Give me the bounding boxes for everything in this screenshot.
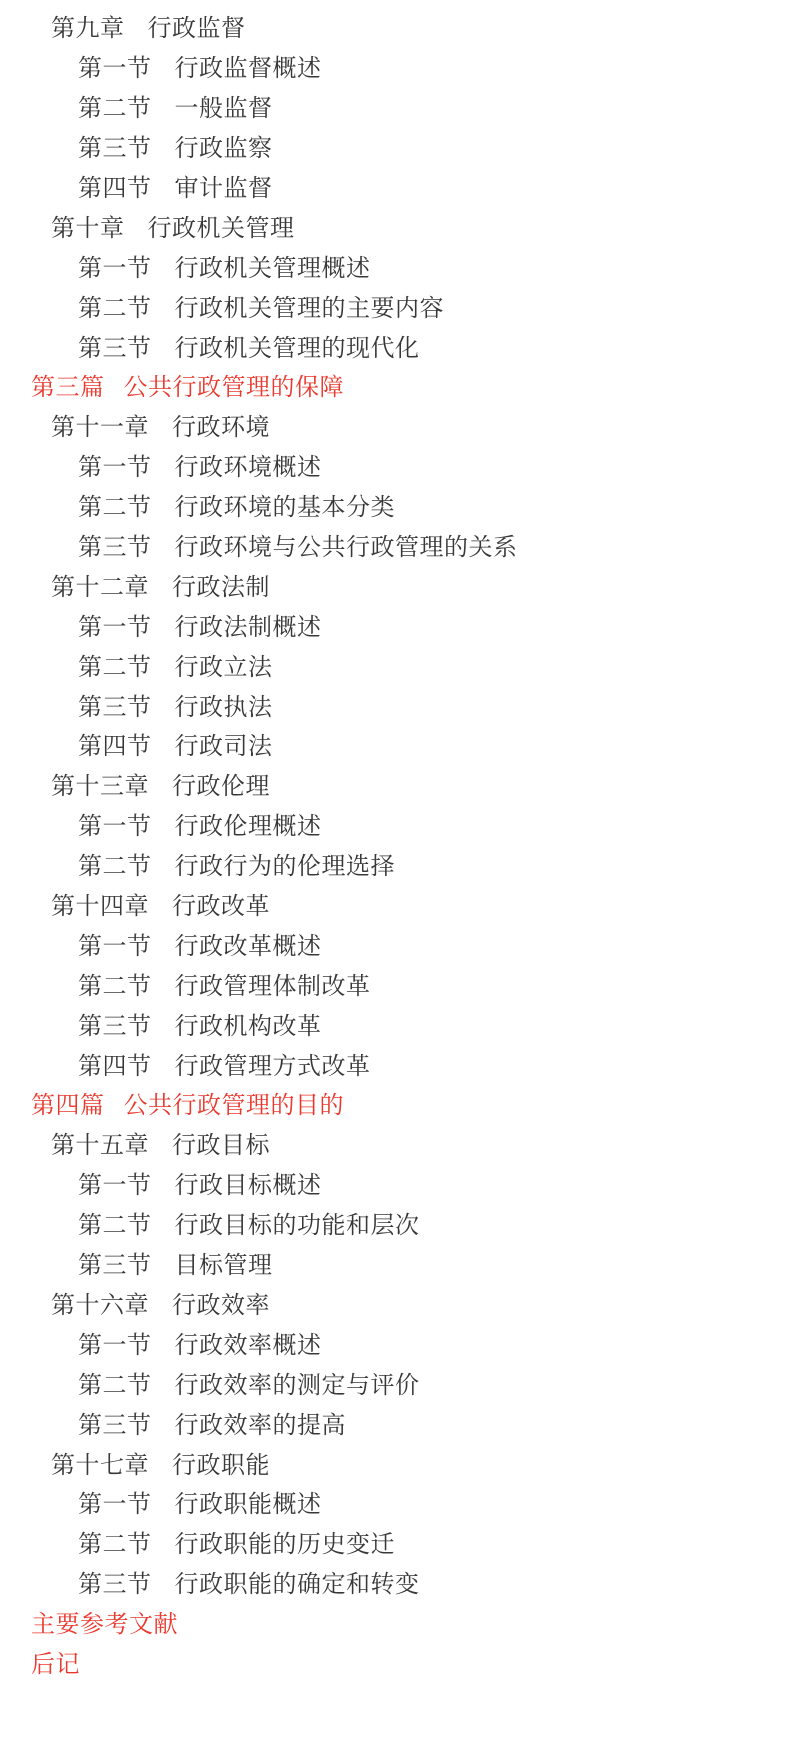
toc-entry-label: 第一节 [78,1484,152,1519]
toc-entry-section[interactable]: 第三节 行政效率的提高 [0,1402,790,1442]
toc-entry-label: 第一节 [78,48,152,83]
toc-entry-label: 第十三章 [51,766,149,801]
toc-entry-title: 行政环境概述 [175,447,322,482]
toc-entry-title: 行政效率的测定与评价 [175,1365,420,1400]
toc-entry-label: 第十五章 [51,1125,149,1160]
toc-entry-section[interactable]: 第四节 行政司法 [0,724,790,764]
toc-entry-title: 行政机构改革 [175,1006,322,1041]
toc-entry-label: 第二节 [78,846,152,881]
toc-entry-label: 第一节 [78,1325,152,1360]
toc-entry-label: 第二节 [78,1205,152,1240]
toc-entry-title: 审计监督 [175,168,273,203]
toc-entry-title: 行政改革 [172,886,270,921]
toc-entry-section[interactable]: 第三节 行政机构改革 [0,1003,790,1043]
toc-entry-section[interactable]: 第四节 行政管理方式改革 [0,1043,790,1083]
toc-entry-title: 行政监督 [148,8,246,43]
toc-entry-title: 行政改革概述 [175,926,322,961]
toc-entry-title: 行政立法 [175,647,273,682]
toc-entry-section[interactable]: 第二节 行政环境的基本分类 [0,485,790,525]
toc-entry-chapter[interactable]: 第十一章 行政环境 [0,405,790,445]
toc-entry-label: 第一节 [78,248,152,283]
toc-entry-section[interactable]: 第二节 行政行为的伦理选择 [0,844,790,884]
toc-entry-label: 第二节 [78,1365,152,1400]
toc-entry-title: 行政管理方式改革 [175,1046,371,1081]
toc-entry-label: 第一节 [78,607,152,642]
toc-entry-chapter[interactable]: 第十七章 行政职能 [0,1442,790,1482]
toc-entry-section[interactable]: 第三节 行政机关管理的现代化 [0,325,790,365]
toc-entry-title: 行政环境 [172,407,270,442]
toc-entry-section[interactable]: 第一节 行政目标概述 [0,1163,790,1203]
toc-entry-label: 第三节 [78,1564,152,1599]
toc-entry-section[interactable]: 第三节 目标管理 [0,1243,790,1283]
toc-entry-title: 行政职能的历史变迁 [175,1524,396,1559]
toc-entry-title: 行政环境与公共行政管理的关系 [175,527,518,562]
toc-entry-label: 第二节 [78,647,152,682]
toc-entry-label: 主要参考文献 [31,1604,178,1639]
toc-entry-chapter[interactable]: 第十二章 行政法制 [0,564,790,604]
toc-entry-label: 第十章 [51,208,125,243]
toc-page: 第九章 行政监督 第一节 行政监督概述 第二节 一般监督 第三节 行政监察 第四… [0,0,790,1681]
toc-entry-chapter[interactable]: 第十五章 行政目标 [0,1123,790,1163]
toc-entry-section[interactable]: 第二节 行政机关管理的主要内容 [0,285,790,325]
toc-entry-label: 第四节 [78,726,152,761]
toc-entry-label: 第一节 [78,926,152,961]
toc-entry-section[interactable]: 第一节 行政法制概述 [0,604,790,644]
toc-entry-label: 第三节 [78,1006,152,1041]
toc-entry-title: 公共行政管理的保障 [124,367,345,402]
toc-entry-title: 公共行政管理的目的 [124,1085,345,1120]
toc-entry-title: 行政监督概述 [175,48,322,83]
toc-entry-label: 第二节 [78,1524,152,1559]
toc-entry-title: 行政目标的功能和层次 [175,1205,420,1240]
toc-entry-title: 行政职能的确定和转变 [175,1564,420,1599]
toc-entry-section[interactable]: 第一节 行政伦理概述 [0,804,790,844]
toc-list: 第九章 行政监督 第一节 行政监督概述 第二节 一般监督 第三节 行政监察 第四… [0,0,790,1681]
toc-entry-label: 第三节 [78,128,152,163]
toc-entry-title: 行政机关管理的主要内容 [175,288,445,323]
toc-entry-section[interactable]: 第二节 行政立法 [0,644,790,684]
toc-entry-label: 第二节 [78,487,152,522]
toc-entry-label: 第三节 [78,328,152,363]
toc-entry-label: 第十七章 [51,1445,149,1480]
toc-entry-backmatter[interactable]: 主要参考文献 [0,1602,790,1642]
toc-entry-label: 第三节 [78,527,152,562]
toc-entry-title: 行政职能 [172,1445,270,1480]
toc-entry-label: 第三篇 [31,367,105,402]
toc-entry-section[interactable]: 第二节 行政目标的功能和层次 [0,1203,790,1243]
toc-entry-section[interactable]: 第二节 一般监督 [0,86,790,126]
toc-entry-section[interactable]: 第一节 行政监督概述 [0,46,790,86]
toc-entry-backmatter[interactable]: 后记 [0,1642,790,1682]
toc-entry-title: 行政管理体制改革 [175,966,371,1001]
toc-entry-title: 行政机关管理的现代化 [175,328,420,363]
toc-entry-title: 行政伦理概述 [175,806,322,841]
toc-entry-label: 第三节 [78,1245,152,1280]
toc-entry-section[interactable]: 第三节 行政环境与公共行政管理的关系 [0,525,790,565]
toc-entry-chapter[interactable]: 第九章 行政监督 [0,6,790,46]
toc-entry-label: 第三节 [78,1405,152,1440]
toc-entry-title: 行政目标概述 [175,1165,322,1200]
toc-entry-chapter[interactable]: 第十六章 行政效率 [0,1283,790,1323]
toc-entry-chapter[interactable]: 第十三章 行政伦理 [0,764,790,804]
toc-entry-label: 第一节 [78,1165,152,1200]
toc-entry-label: 第十六章 [51,1285,149,1320]
toc-entry-title: 行政目标 [172,1125,270,1160]
toc-entry-section[interactable]: 第一节 行政效率概述 [0,1322,790,1362]
toc-entry-label: 第四节 [78,1046,152,1081]
toc-entry-section[interactable]: 第三节 行政职能的确定和转变 [0,1562,790,1602]
toc-entry-title: 行政效率 [172,1285,270,1320]
toc-entry-part[interactable]: 第四篇 公共行政管理的目的 [0,1083,790,1123]
toc-entry-section[interactable]: 第一节 行政改革概述 [0,923,790,963]
toc-entry-title: 行政执法 [175,687,273,722]
toc-entry-label: 第九章 [51,8,125,43]
toc-entry-label: 第十二章 [51,567,149,602]
toc-entry-label: 第一节 [78,806,152,841]
toc-entry-chapter[interactable]: 第十章 行政机关管理 [0,205,790,245]
toc-entry-title: 行政环境的基本分类 [175,487,396,522]
toc-entry-label: 第一节 [78,447,152,482]
toc-entry-label: 第十一章 [51,407,149,442]
toc-entry-label: 第三节 [78,687,152,722]
toc-entry-title: 一般监督 [175,88,273,123]
toc-entry-section[interactable]: 第一节 行政机关管理概述 [0,245,790,285]
toc-entry-section[interactable]: 第一节 行政环境概述 [0,445,790,485]
toc-entry-title: 行政机关管理概述 [175,248,371,283]
toc-entry-title: 行政效率概述 [175,1325,322,1360]
toc-entry-title: 行政伦理 [172,766,270,801]
toc-entry-section[interactable]: 第一节 行政职能概述 [0,1482,790,1522]
toc-entry-title: 行政法制 [172,567,270,602]
toc-entry-title: 行政效率的提高 [175,1405,347,1440]
toc-entry-title: 行政机关管理 [148,208,295,243]
toc-entry-chapter[interactable]: 第十四章 行政改革 [0,884,790,924]
toc-entry-title: 行政行为的伦理选择 [175,846,396,881]
toc-entry-section[interactable]: 第三节 行政执法 [0,684,790,724]
toc-entry-section[interactable]: 第四节 审计监督 [0,166,790,206]
toc-entry-section[interactable]: 第二节 行政效率的测定与评价 [0,1362,790,1402]
toc-entry-title: 行政监察 [175,128,273,163]
toc-entry-section[interactable]: 第二节 行政职能的历史变迁 [0,1522,790,1562]
toc-entry-section[interactable]: 第三节 行政监察 [0,126,790,166]
toc-entry-title: 行政司法 [175,726,273,761]
toc-entry-label: 后记 [31,1644,80,1679]
toc-entry-label: 第二节 [78,966,152,1001]
toc-entry-part[interactable]: 第三篇 公共行政管理的保障 [0,365,790,405]
toc-entry-title: 行政职能概述 [175,1484,322,1519]
toc-entry-label: 第二节 [78,88,152,123]
toc-entry-label: 第四篇 [31,1085,105,1120]
toc-entry-title: 行政法制概述 [175,607,322,642]
toc-entry-section[interactable]: 第二节 行政管理体制改革 [0,963,790,1003]
toc-entry-title: 目标管理 [175,1245,273,1280]
toc-entry-label: 第四节 [78,168,152,203]
toc-entry-label: 第十四章 [51,886,149,921]
toc-entry-label: 第二节 [78,288,152,323]
